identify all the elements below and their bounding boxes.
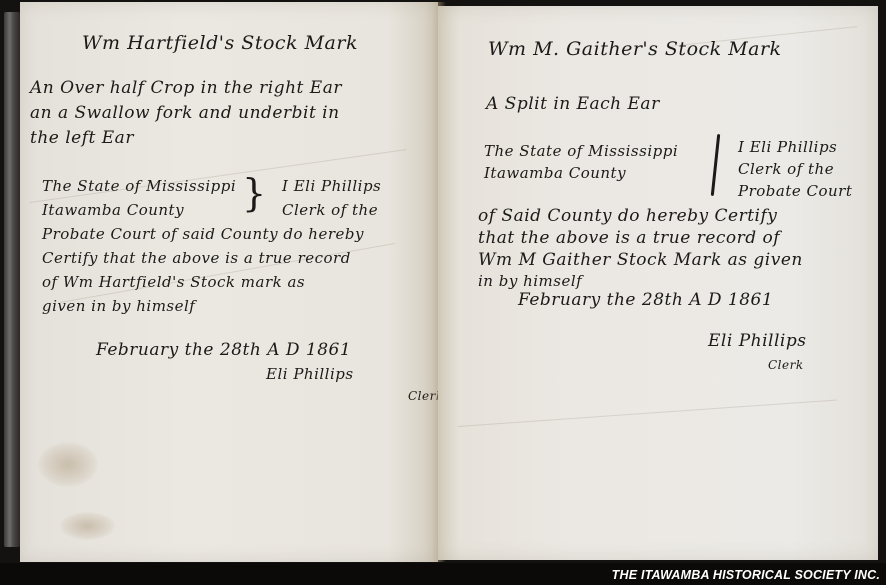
left-brace: } — [242, 174, 266, 212]
right-brace-stroke — [711, 134, 720, 196]
right-signature: Eli Phillips — [708, 331, 806, 351]
right-body-line-2: that the above is a true record of — [478, 228, 780, 248]
right-county-line: Itawamba County — [484, 164, 626, 182]
right-body-line-4: in by himself — [478, 272, 582, 290]
left-county-line: Itawamba County — [42, 201, 184, 219]
right-clerk-line-3: Probate Court — [738, 182, 852, 200]
left-clerk-line-2: Clerk of the — [282, 201, 378, 219]
left-page: Wm Hartfield's Stock Mark An Over half C… — [20, 2, 438, 562]
paper-stain — [60, 512, 115, 540]
right-page-title: Wm M. Gaither's Stock Mark — [488, 38, 782, 60]
right-body-line-3: Wm M Gaither Stock Mark as given — [478, 250, 803, 270]
left-date-line: February the 28th A D 1861 — [96, 340, 351, 360]
right-desc-line-1: A Split in Each Ear — [486, 94, 660, 114]
left-desc-line-1: An Over half Crop in the right Ear — [30, 78, 342, 98]
right-clerk-line-1: I Eli Phillips — [738, 138, 837, 156]
right-page: Wm M. Gaither's Stock Mark A Split in Ea… — [438, 6, 878, 560]
open-ledger-book: Wm Hartfield's Stock Mark An Over half C… — [0, 0, 886, 563]
left-clerk-line-1: I Eli Phillips — [282, 177, 381, 195]
left-state-line: The State of Mississippi — [42, 177, 236, 195]
right-body-line-1: of Said County do hereby Certify — [478, 206, 777, 226]
left-body-line-3: of Wm Hartfield's Stock mark as — [42, 273, 305, 291]
page-edges — [4, 12, 20, 547]
right-signature-title: Clerk — [768, 358, 804, 372]
left-desc-line-3: the left Ear — [30, 128, 134, 148]
left-signature: Eli Phillips — [266, 365, 354, 383]
left-body-line-2: Certify that the above is a true record — [42, 249, 351, 267]
left-desc-line-2: an a Swallow fork and underbit in — [30, 103, 340, 123]
paper-crease — [458, 399, 837, 427]
right-date-line: February the 28th A D 1861 — [518, 290, 773, 310]
paper-stain — [38, 442, 98, 487]
historical-society-watermark: THE ITAWAMBA HISTORICAL SOCIETY INC. — [612, 568, 880, 582]
left-page-title: Wm Hartfield's Stock Mark — [82, 32, 358, 54]
right-clerk-line-2: Clerk of the — [738, 160, 834, 178]
left-body-line-1: Probate Court of said County do hereby — [42, 225, 364, 243]
left-body-line-4: given in by himself — [42, 297, 195, 315]
right-state-line: The State of Mississippi — [484, 142, 678, 160]
